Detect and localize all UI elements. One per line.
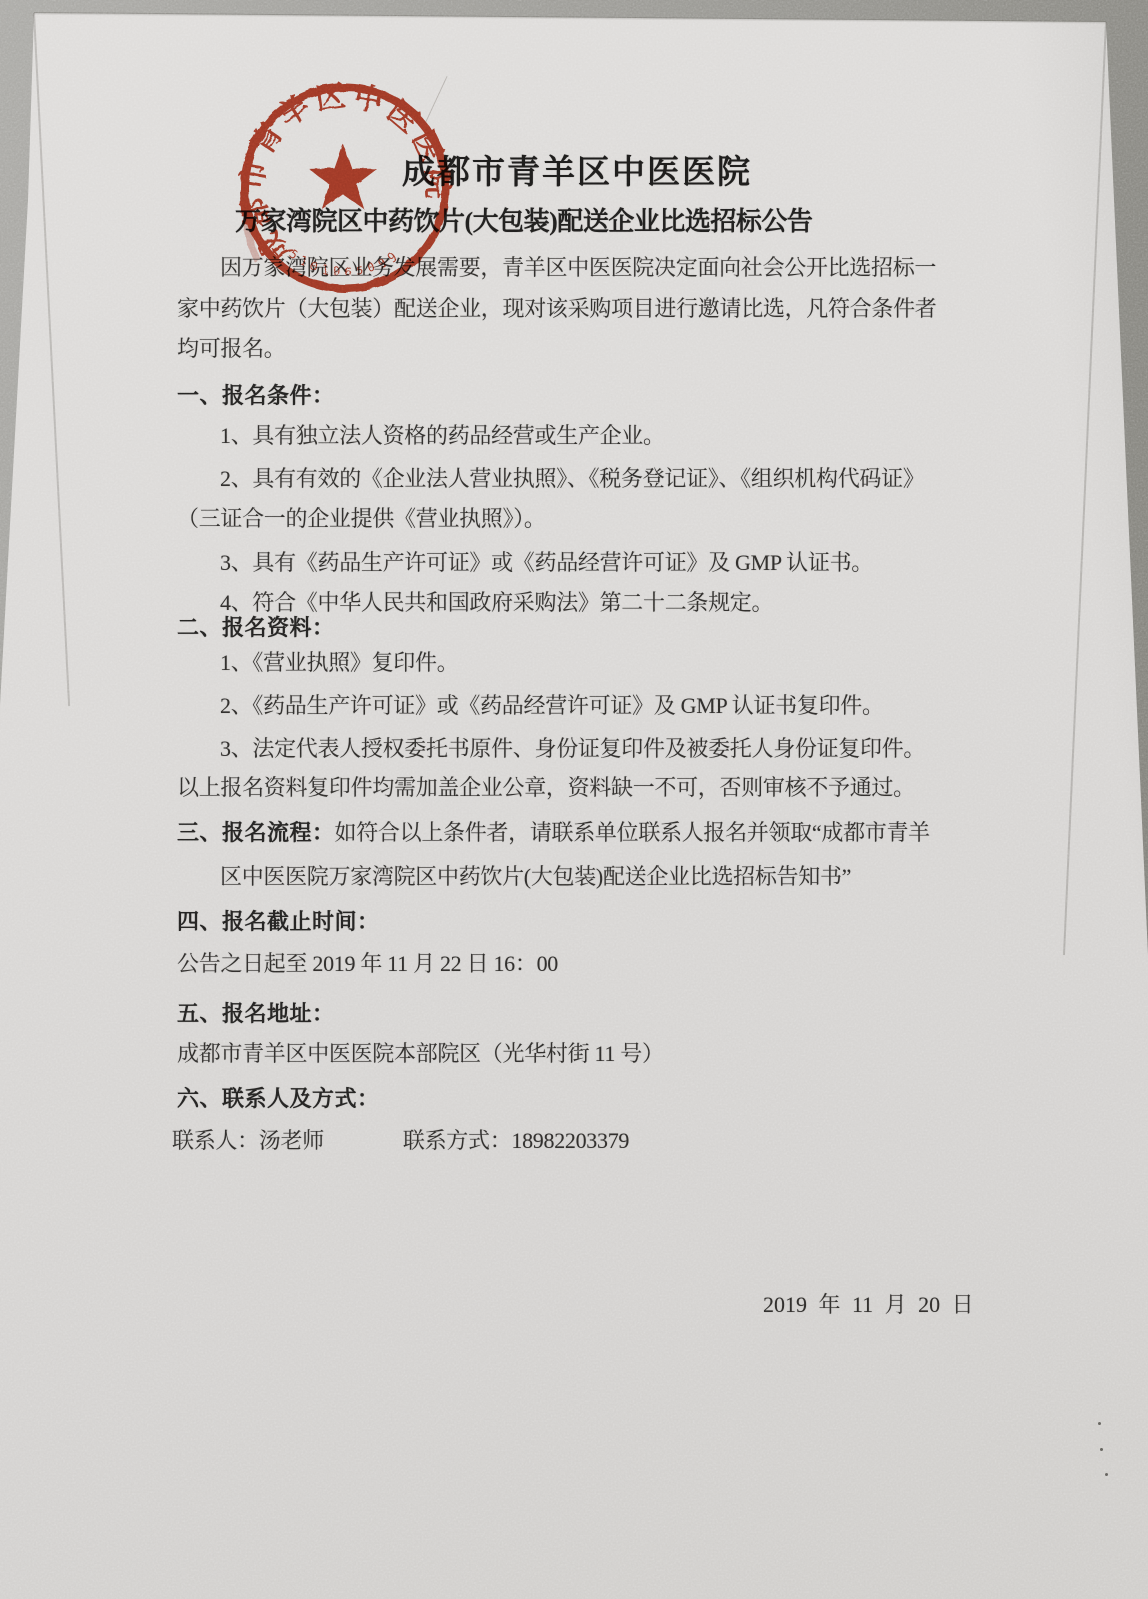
section-heading: 二、报名资料： bbox=[177, 613, 335, 643]
document-line: 1、《营业执照》复印件。 bbox=[220, 648, 458, 678]
document-line-text: 如符合以上条件者，请联系单位联系人报名并领取“成都市青羊 bbox=[335, 820, 930, 845]
seal-serial-text: 5101065099 bbox=[287, 247, 404, 279]
contact-person: 联系人：汤老师 bbox=[172, 1128, 324, 1153]
document-line: 均可报名。 bbox=[177, 334, 286, 364]
contact-phone: 联系方式：18982203379 bbox=[403, 1128, 629, 1153]
document-line: 以上报名资料复印件均需加盖企业公章，资料缺一不可，否则审核不予通过。 bbox=[177, 773, 915, 803]
photo-background: 成都市青羊区中医医院 万家湾院区中药饮片(大包装)配送企业比选招标公告 因万家湾… bbox=[0, 0, 1148, 1599]
dust-speck bbox=[1105, 1473, 1108, 1476]
section-heading: 四、报名截止时间： bbox=[177, 907, 380, 937]
document-line: 3、法定代表人授权委托书原件、身份证复印件及被委托人身份证复印件。 bbox=[220, 734, 925, 764]
section-heading: 五、报名地址： bbox=[177, 999, 335, 1029]
document-line: （三证合一的企业提供《营业执照》）。 bbox=[177, 504, 546, 534]
document-line: 1、具有独立法人资格的药品经营或生产企业。 bbox=[220, 421, 665, 451]
dust-speck bbox=[1098, 1422, 1101, 1425]
section-heading: 一、报名条件： bbox=[177, 381, 335, 411]
section-heading-label: 三、报名流程： bbox=[177, 820, 335, 845]
dust-speck bbox=[1100, 1448, 1103, 1451]
document-line: 三、报名流程：如符合以上条件者，请联系单位联系人报名并领取“成都市青羊 bbox=[177, 818, 930, 848]
document-line: 联系人：汤老师联系方式：18982203379 bbox=[172, 1126, 629, 1156]
document-line: 公告之日起至 2019 年 11 月 22 日 16：00 bbox=[177, 949, 558, 979]
document-line: 2、《药品生产许可证》或《药品经营许可证》及 GMP 认证书复印件。 bbox=[220, 691, 884, 721]
document-line: 3、具有《药品生产许可证》或《药品经营许可证》及 GMP 认证书。 bbox=[220, 548, 873, 578]
document-line: 2、具有有效的《企业法人营业执照》、《税务登记证》、《组织机构代码证》 bbox=[220, 464, 925, 494]
seal-serial-number: 5101065099 bbox=[287, 247, 404, 279]
document-line: 区中医医院万家湾院区中药饮片(大包装)配送企业比选招标告知书” bbox=[220, 862, 851, 892]
document-line: 成都市青羊区中医医院本部院区（光华村街 11 号） bbox=[177, 1039, 664, 1069]
seal-star-icon bbox=[309, 144, 377, 209]
section-heading: 六、联系人及方式： bbox=[177, 1084, 380, 1114]
document-date: 2019 年 11 月 20 日 bbox=[763, 1288, 974, 1319]
official-seal-stamp: 成都市青羊区中医医院 5101065099 bbox=[225, 70, 465, 320]
